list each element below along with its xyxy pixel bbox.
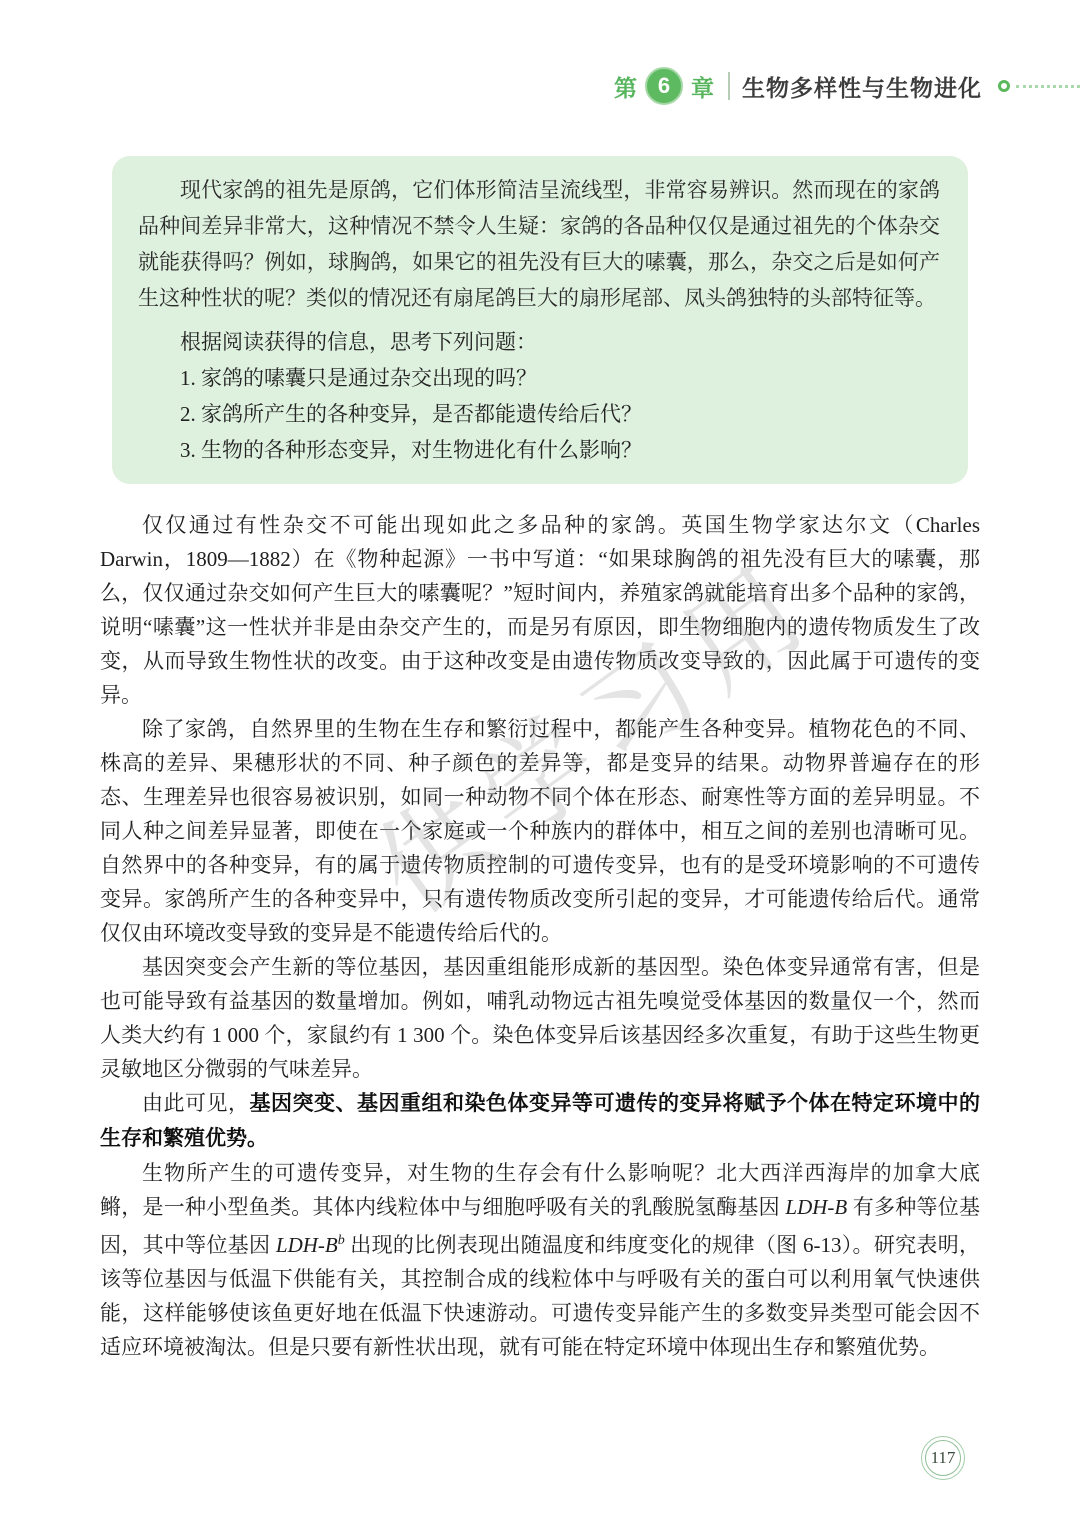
header-divider xyxy=(728,72,730,100)
paragraph-variation-in-nature: 除了家鸽，自然界里的生物在生存和繁衍过程中，都能产生各种变异。植物花色的不同、株… xyxy=(100,712,980,950)
gene-name-ldhb-allele: LDH-B xyxy=(276,1233,338,1257)
reading-story: 现代家鸽的祖先是原鸽，它们体形简洁呈流线型，非常容易辨识。然而现在的家鸽品种间差… xyxy=(138,172,940,316)
page-content: 现代家鸽的祖先是原鸽，它们体形简洁呈流线型，非常容易辨识。然而现在的家鸽品种间差… xyxy=(100,156,980,1364)
ring-marker-icon xyxy=(998,80,1010,92)
textbook-page: 第 6 章 生物多样性与生物进化 供学习用 现代家鸽的祖先是原鸽，它们体形简洁呈… xyxy=(0,0,1080,1526)
conclusion-lead: 由此可见， xyxy=(142,1091,250,1115)
chapter-number-badge: 6 xyxy=(645,67,683,105)
gene-name-ldhb: LDH-B xyxy=(785,1195,847,1219)
paragraph-conclusion: 由此可见，基因突变、基因重组和染色体变异等可遗传的变异将赋予个体在特定环境中的生… xyxy=(100,1086,980,1156)
paragraph-fish-ldh: 生物所产生的可遗传变异，对生物的生存会有什么影响呢？北大西洋西海岸的加拿大底鳉，… xyxy=(100,1156,980,1364)
chapter-suffix: 章 xyxy=(691,70,714,103)
body-text: 仅仅通过有性杂交不可能出现如此之多品种的家鸽。英国生物学家达尔文（Charles… xyxy=(100,508,980,1364)
reading-question-2: 2. 家鸽所产生的各种变异，是否都能遗传给后代？ xyxy=(180,396,940,432)
dotted-rule xyxy=(1016,85,1080,88)
chapter-prefix: 第 xyxy=(614,70,637,103)
chapter-title: 生物多样性与生物进化 xyxy=(742,70,982,103)
paragraph-darwin: 仅仅通过有性杂交不可能出现如此之多品种的家鸽。英国生物学家达尔文（Charles… xyxy=(100,508,980,712)
reading-prompt: 根据阅读获得的信息，思考下列问题： xyxy=(138,324,940,360)
gene-superscript-b: b xyxy=(338,1233,345,1248)
page-number-badge: 117 xyxy=(921,1436,965,1480)
chapter-header: 第 6 章 生物多样性与生物进化 xyxy=(0,66,1080,106)
paragraph-mutation-genes: 基因突变会产生新的等位基因，基因重组能形成新的基因型。染色体变异通常有害，但是也… xyxy=(100,950,980,1086)
reading-activity-box: 现代家鸽的祖先是原鸽，它们体形简洁呈流线型，非常容易辨识。然而现在的家鸽品种间差… xyxy=(112,156,968,484)
reading-question-3: 3. 生物的各种形态变异，对生物进化有什么影响？ xyxy=(180,432,940,468)
reading-question-1: 1. 家鸽的嗉囊只是通过杂交出现的吗？ xyxy=(180,360,940,396)
page-number: 117 xyxy=(925,1440,961,1476)
